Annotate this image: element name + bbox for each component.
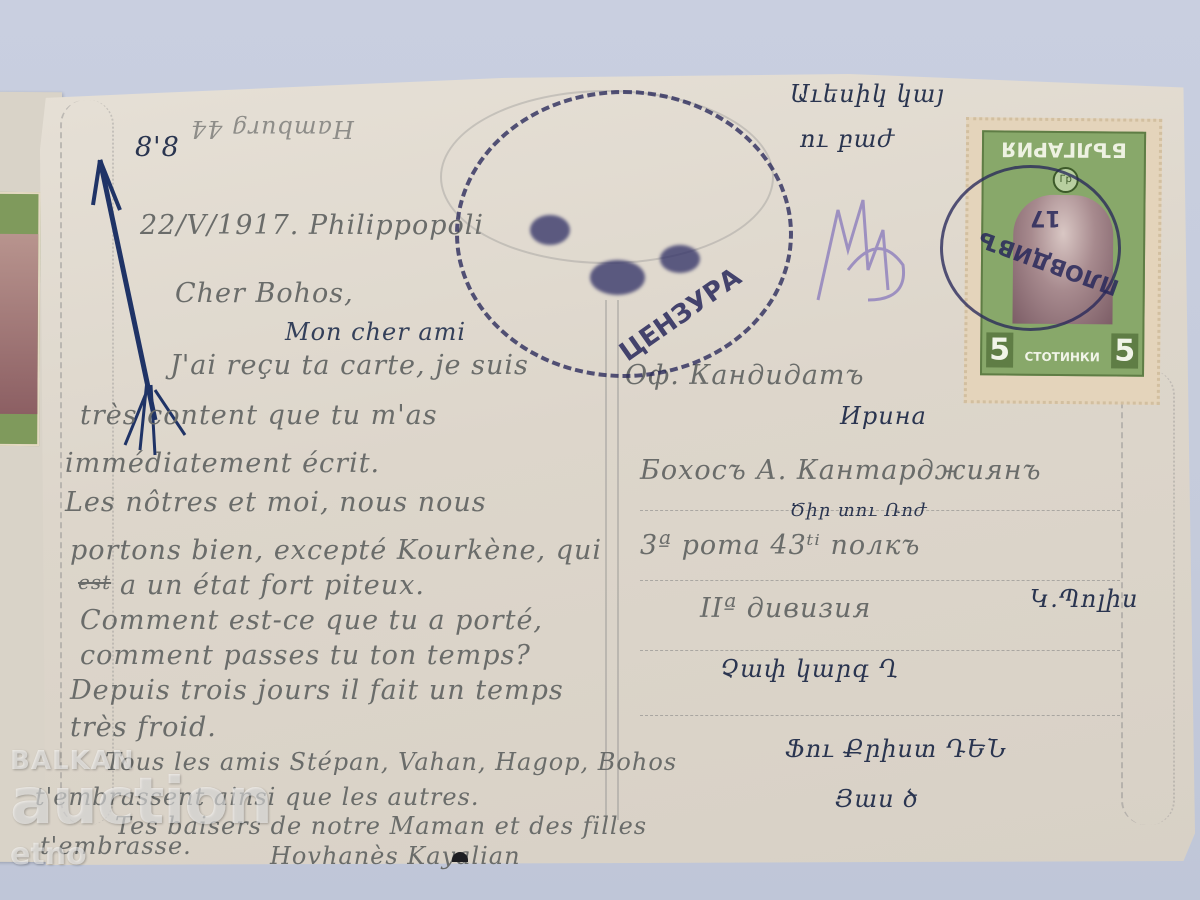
address-line [640, 715, 1120, 716]
message-line: J'ai reçu ta carte, je suis [170, 350, 529, 381]
stamp-value-left: 5 [986, 332, 1013, 367]
armenian-note-top: Աւեսիկ կայ [790, 80, 945, 108]
address-line-3: 3ª рота 43ᵗⁱ полкъ [640, 530, 920, 561]
message-line: portons bien, excepté Kourkène, qui [70, 535, 602, 566]
address-note-4: Կ.Պոլիս [1030, 585, 1138, 613]
address-note-2: Ծիր տու Ռոժ [790, 500, 927, 521]
message-line: Comment est-ce que tu a porté, [80, 605, 543, 636]
struck-word: est [78, 570, 111, 594]
photo-scene: 8'8 Hamburg 44 22/V/1917. Philippopoli C… [0, 0, 1200, 900]
message-line: Depuis trois jours il fait un temps [70, 675, 564, 706]
ink-blot [660, 245, 700, 273]
message-line: Les nôtres et moi, nous nous [65, 487, 487, 518]
hole-punch [452, 852, 468, 862]
header-number: 8'8 [135, 132, 180, 163]
address-line-6: Ֆու Քրիստ ԴԵՆ [785, 735, 1007, 763]
stamp-value-right: 5 [1111, 333, 1138, 368]
header-note: Hamburg 44 [190, 115, 354, 143]
stamp-cancellation-number: 17 [1030, 205, 1061, 230]
message-line: immédiatement écrit. [65, 448, 380, 479]
censor-pencil-mark-icon [808, 190, 918, 310]
watermark-line-3: etno [10, 840, 272, 870]
ink-blot [590, 260, 645, 295]
partial-stamp [0, 192, 40, 446]
signature: Hovhanès Kayalian [270, 842, 521, 870]
date-place: 22/V/1917. Philippopoli [140, 210, 484, 241]
watermark-line-2: auction [10, 770, 272, 834]
address-line [640, 580, 1120, 581]
printed-divider [605, 300, 619, 820]
stamp-country: БЪЛГАРИЯ [992, 137, 1136, 162]
message-line: a un état fort piteux. [120, 570, 425, 601]
greeting: Cher Bohos, [175, 278, 354, 309]
watermark: BALKAN auction etno [10, 748, 272, 870]
message-line: très content que tu m'as [80, 400, 438, 431]
ink-blot [530, 215, 570, 245]
stamp-currency: СТОТИНКИ [1024, 350, 1099, 365]
inserted-line: Mon cher ami [285, 318, 466, 346]
address-line-4: IIª дивизия [700, 593, 871, 624]
address-line [640, 650, 1120, 651]
address-line-2: Бохосъ А. Кантарджиянъ [640, 455, 1042, 486]
address-note-1: Ирина [840, 402, 927, 430]
address-line-5: Չափ կարգ Ղ [720, 655, 899, 683]
armenian-note-top-2: ու բաժ [800, 125, 895, 153]
message-line: très froid. [70, 712, 217, 743]
address-line-7: Յաս ծ [835, 785, 919, 813]
message-line: comment passes tu ton temps? [80, 640, 531, 671]
